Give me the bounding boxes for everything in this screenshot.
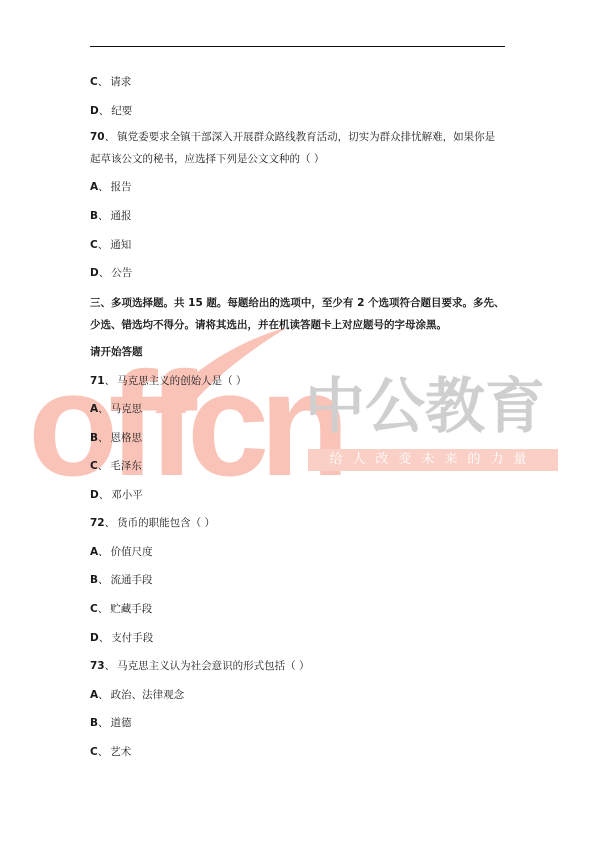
option-text: 纪要 [111, 105, 132, 117]
question-73: 73、马克思主义认为社会意识的形式包括（ ） [90, 659, 309, 673]
option-b: B、恩格思 [90, 431, 142, 445]
question-number: 71 [90, 375, 105, 387]
question-text: 马克思主义的创始人是（ ） [117, 375, 246, 387]
question-text: 货币的职能包含（ ） [117, 517, 215, 529]
option-d: D、纪要 [90, 104, 132, 118]
question-number: 72 [90, 517, 105, 529]
option-c: C、毛泽东 [90, 459, 142, 473]
option-c: C、通知 [90, 238, 131, 252]
question-text: 马克思主义认为社会意识的形式包括（ ） [117, 660, 309, 672]
question-number: 73 [90, 660, 105, 672]
question-71: 71、马克思主义的创始人是（ ） [90, 374, 246, 388]
watermark-brand: 中公教育 [305, 372, 545, 442]
question-number: 70 [90, 131, 105, 143]
option-a: A、价值尺度 [90, 545, 153, 559]
option-b: B、流通手段 [90, 573, 153, 587]
question-72: 72、货币的职能包含（ ） [90, 516, 215, 530]
option-d: D、公告 [90, 266, 132, 280]
option-b: B、道德 [90, 716, 132, 730]
option-b: B、通报 [90, 209, 132, 223]
start-prompt: 请开始答题 [90, 345, 143, 359]
option-a: A、报告 [90, 180, 132, 194]
document-page: offcn 中公教育 给人改变未来的力量 C、请求 D、纪要 70、镇党委要求全… [0, 0, 595, 841]
option-d: D、邓小平 [90, 488, 143, 502]
question-70: 70、镇党委要求全镇干部深入开展群众路线教育活动，切实为群众排忧解难，如果你是起… [90, 126, 505, 170]
section-heading: 三、多项选择题。共 15 题。每题给出的选项中，至少有 2 个选项符合题目要求。… [90, 292, 505, 336]
watermark-slogan: 给人改变未来的力量 [308, 449, 558, 471]
option-c: C、请求 [90, 75, 131, 89]
option-c: C、艺术 [90, 745, 131, 759]
header-rule [90, 46, 505, 47]
watermark-swoosh-icon [150, 325, 290, 415]
option-a: A、马克思 [90, 402, 142, 416]
option-a: A、政治、法律观念 [90, 688, 184, 702]
option-text: 请求 [110, 76, 131, 88]
option-d: D、支付手段 [90, 631, 153, 645]
option-label: D [90, 105, 99, 117]
question-text: 镇党委要求全镇干部深入开展群众路线教育活动，切实为群众排忧解难，如果你是起草该公… [90, 131, 495, 165]
option-label: C [90, 76, 98, 88]
option-c: C、贮藏手段 [90, 602, 152, 616]
